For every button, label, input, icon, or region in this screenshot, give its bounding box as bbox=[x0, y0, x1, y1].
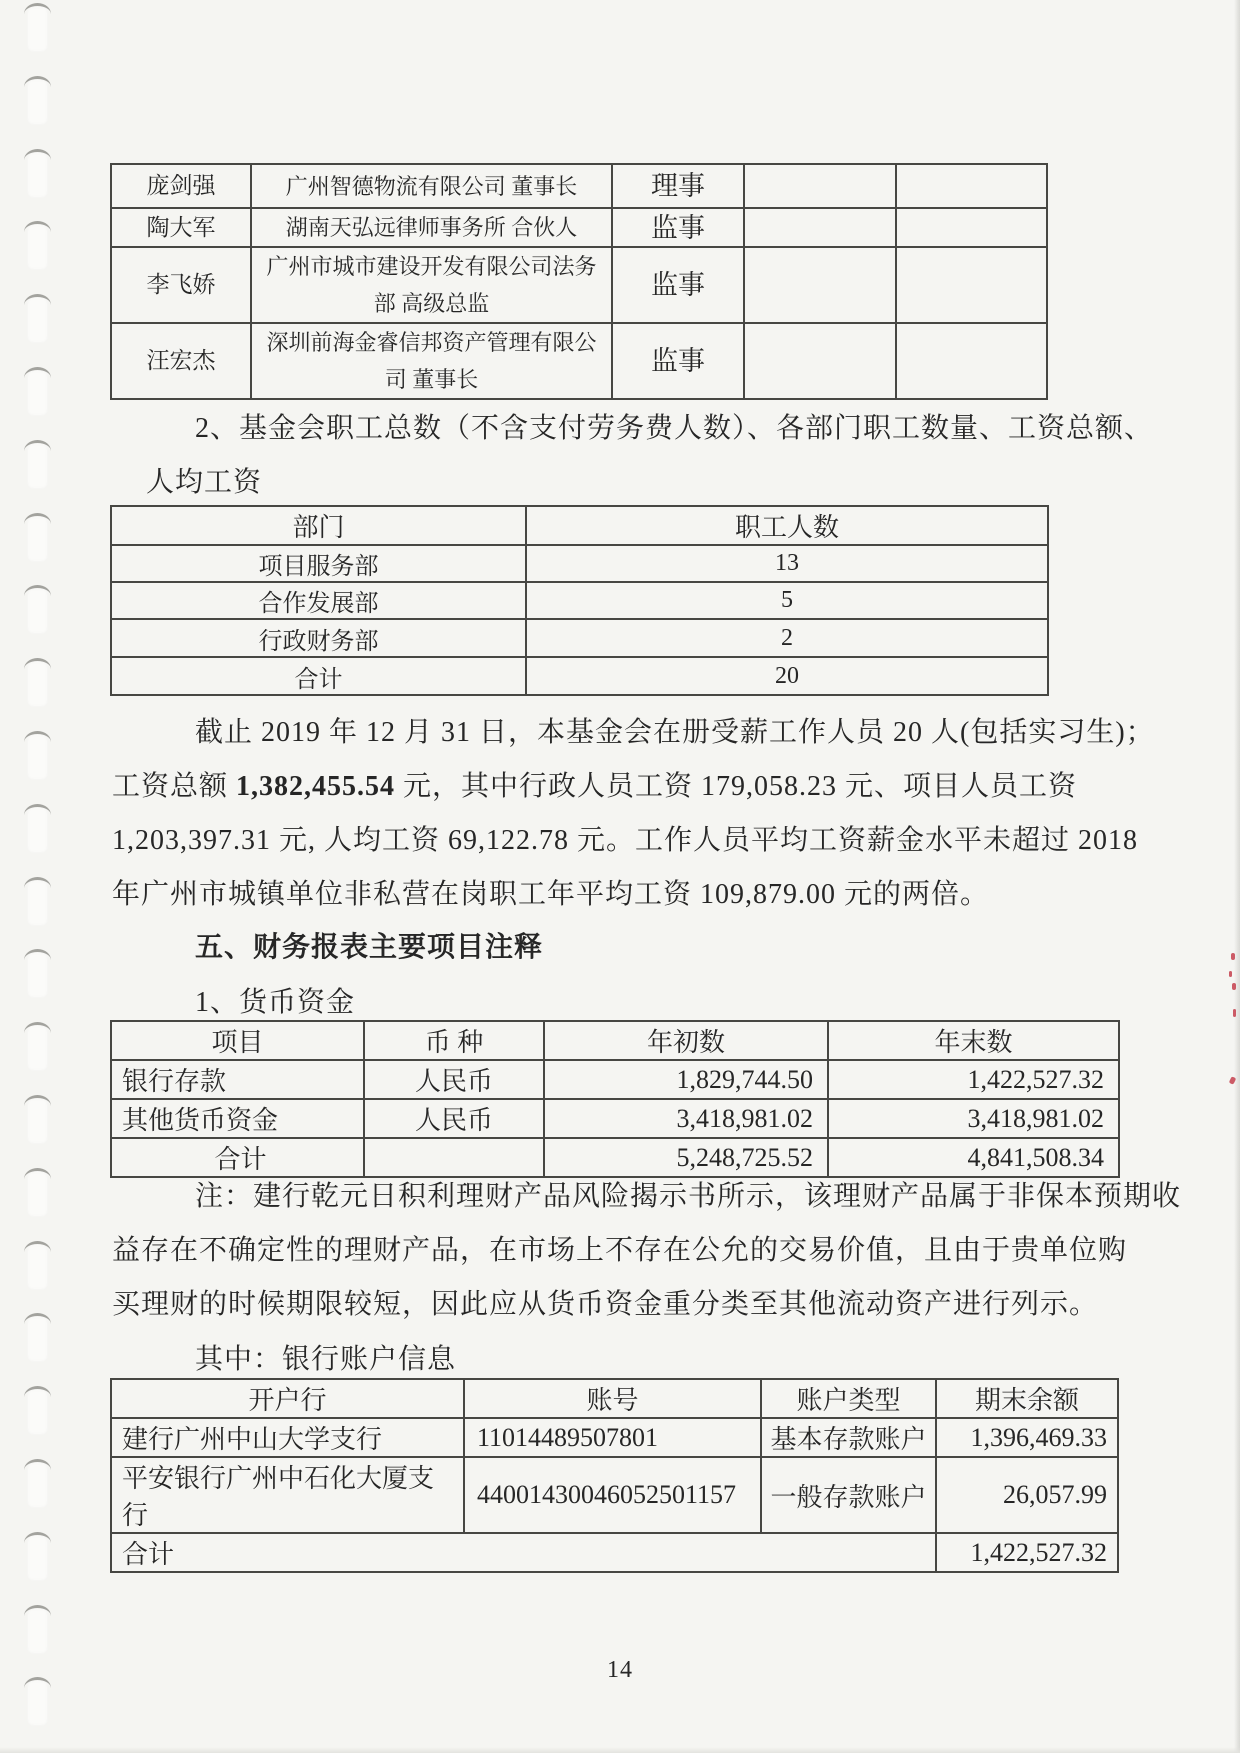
binding-hole bbox=[27, 588, 48, 634]
monetary-funds-table: 项目 币 种 年初数 年末数 银行存款 人民币 1,829,744.50 1,4… bbox=[110, 1020, 1120, 1178]
table-row: 合计 5,248,725.52 4,841,508.34 bbox=[111, 1138, 1119, 1177]
note-line2: 益存在不确定性的理财产品，在市场上不存在公允的交易价值，且由于贵单位购 bbox=[112, 1234, 1127, 1268]
department-name: 项目服务部 bbox=[111, 545, 526, 582]
binding-hole bbox=[27, 6, 48, 52]
staff-count: 5 bbox=[526, 582, 1048, 619]
table-row: 庞剑强 广州智德物流有限公司 董事长 理事 bbox=[111, 164, 1047, 208]
note-line3: 买理财的时候期限较短，因此应从货币资金重分类至其他流动资产进行列示。 bbox=[112, 1288, 1098, 1322]
staff-count: 13 bbox=[526, 545, 1048, 582]
header-currency: 币 种 bbox=[364, 1021, 544, 1060]
salary-line2-post: 元，其中行政人员工资 179,058.23 元、项目人员工资 bbox=[395, 771, 1077, 802]
empty-cell bbox=[744, 323, 896, 399]
member-name: 庞剑强 bbox=[111, 164, 251, 208]
binding-hole bbox=[27, 1244, 48, 1290]
member-org: 湖南天弘远律师事务所 合伙人 bbox=[251, 208, 612, 247]
table-row: 建行广州中山大学支行 11014489507801 基本存款账户 1,396,4… bbox=[111, 1418, 1118, 1457]
binding-hole bbox=[27, 1535, 48, 1581]
member-name: 李飞娇 bbox=[111, 247, 251, 323]
header-account-number: 账号 bbox=[464, 1379, 761, 1418]
binding-hole bbox=[27, 1608, 48, 1654]
binding-hole bbox=[27, 370, 48, 416]
header-item: 项目 bbox=[111, 1021, 364, 1060]
note-line1: 注：建行乾元日积利理财产品风险揭示书所示，该理财产品属于非保本预期收 bbox=[195, 1180, 1181, 1214]
scanned-document-page: { "page": { "number": "14" }, "board_tab… bbox=[0, 0, 1240, 1753]
header-account-type: 账户类型 bbox=[761, 1379, 936, 1418]
currency bbox=[364, 1138, 544, 1177]
member-role: 监事 bbox=[612, 247, 744, 323]
table-row: 行政财务部 2 bbox=[111, 619, 1048, 657]
salary-total-amount: 1,382,455.54 bbox=[236, 771, 395, 802]
table-total-row: 合计 1,422,527.32 bbox=[111, 1533, 1118, 1572]
binding-hole bbox=[27, 1098, 48, 1144]
account-type: 一般存款账户 bbox=[761, 1457, 936, 1533]
header-department: 部门 bbox=[111, 506, 526, 545]
empty-cell bbox=[744, 164, 896, 208]
section5-heading: 五、财务报表主要项目注释 bbox=[195, 931, 543, 965]
table-row: 平安银行广州中石化大厦支行 44001430046052501157 一般存款账… bbox=[111, 1457, 1118, 1533]
header-ending-balance: 期末余额 bbox=[936, 1379, 1118, 1418]
member-role: 理事 bbox=[612, 164, 744, 208]
empty-cell bbox=[744, 208, 896, 247]
table-row: 项目服务部 13 bbox=[111, 545, 1048, 582]
account-number: 11014489507801 bbox=[464, 1418, 761, 1457]
binding-hole bbox=[27, 734, 48, 780]
department-name: 合计 bbox=[111, 657, 526, 695]
binding-holes bbox=[0, 0, 70, 1753]
scan-edge-shadow-bottom bbox=[0, 1747, 1240, 1753]
member-org: 广州市城市建设开发有限公司法务部 高级总监 bbox=[251, 247, 612, 323]
closing-balance: 4,841,508.34 bbox=[828, 1138, 1119, 1177]
empty-cell bbox=[896, 164, 1047, 208]
header-opening-balance: 年初数 bbox=[544, 1021, 828, 1060]
total-label: 合计 bbox=[111, 1533, 936, 1572]
department-name: 合作发展部 bbox=[111, 582, 526, 619]
binding-hole bbox=[27, 1171, 48, 1217]
ending-balance: 1,396,469.33 bbox=[936, 1418, 1118, 1457]
binding-hole bbox=[27, 880, 48, 926]
table-row: 汪宏杰 深圳前海金睿信邦资产管理有限公司 董事长 监事 bbox=[111, 323, 1047, 399]
header-closing-balance: 年末数 bbox=[828, 1021, 1119, 1060]
member-role: 监事 bbox=[612, 323, 744, 399]
opening-balance: 5,248,725.52 bbox=[544, 1138, 828, 1177]
item-name: 其他货币资金 bbox=[111, 1099, 364, 1138]
item-name: 银行存款 bbox=[111, 1060, 364, 1099]
table-row: 李飞娇 广州市城市建设开发有限公司法务部 高级总监 监事 bbox=[111, 247, 1047, 323]
binding-hole bbox=[27, 79, 48, 125]
binding-hole bbox=[27, 1680, 48, 1726]
salary-line2-pre: 工资总额 bbox=[112, 771, 236, 802]
bank-name: 建行广州中山大学支行 bbox=[111, 1418, 464, 1457]
binding-hole bbox=[27, 1316, 48, 1362]
department-name: 行政财务部 bbox=[111, 619, 526, 657]
salary-paragraph-line2: 工资总额 1,382,455.54 元，其中行政人员工资 179,058.23 … bbox=[112, 770, 1077, 804]
bank-accounts-label: 其中：银行账户信息 bbox=[195, 1343, 456, 1377]
salary-paragraph-line4: 年广州市城镇单位非私营在岗职工年平均工资 109,879.00 元的两倍。 bbox=[112, 878, 989, 912]
section2-line1: 2、基金会职工总数（不含支付劳务费人数）、各部门职工数量、工资总额、 bbox=[195, 412, 1153, 446]
empty-cell bbox=[744, 247, 896, 323]
binding-hole bbox=[27, 807, 48, 853]
red-ink-mark bbox=[1232, 983, 1236, 990]
header-bank: 开户行 bbox=[111, 1379, 464, 1418]
binding-hole bbox=[27, 1025, 48, 1071]
bank-name: 平安银行广州中石化大厦支行 bbox=[111, 1457, 464, 1533]
account-number: 44001430046052501157 bbox=[464, 1457, 761, 1533]
binding-hole bbox=[27, 952, 48, 998]
table-header-row: 开户行 账号 账户类型 期末余额 bbox=[111, 1379, 1118, 1418]
staff-count: 2 bbox=[526, 619, 1048, 657]
binding-hole bbox=[27, 661, 48, 707]
table-header-row: 项目 币 种 年初数 年末数 bbox=[111, 1021, 1119, 1060]
opening-balance: 3,418,981.02 bbox=[544, 1099, 828, 1138]
table-row: 银行存款 人民币 1,829,744.50 1,422,527.32 bbox=[111, 1060, 1119, 1099]
page-number: 14 bbox=[0, 1657, 1240, 1684]
red-ink-mark bbox=[1231, 953, 1235, 960]
table-row: 合作发展部 5 bbox=[111, 582, 1048, 619]
scan-edge-shadow-right bbox=[1234, 0, 1240, 1753]
total-ending-balance: 1,422,527.32 bbox=[936, 1533, 1118, 1572]
binding-hole bbox=[27, 516, 48, 562]
binding-hole bbox=[27, 1389, 48, 1435]
total-label: 合计 bbox=[111, 1138, 364, 1177]
member-name: 汪宏杰 bbox=[111, 323, 251, 399]
table-row: 合计 20 bbox=[111, 657, 1048, 695]
empty-cell bbox=[896, 247, 1047, 323]
board-members-table: 庞剑强 广州智德物流有限公司 董事长 理事 陶大军 湖南天弘远律师事务所 合伙人… bbox=[110, 163, 1048, 400]
section5-sub1: 1、货币资金 bbox=[195, 986, 355, 1020]
empty-cell bbox=[896, 323, 1047, 399]
binding-hole bbox=[27, 1462, 48, 1508]
member-org: 深圳前海金睿信邦资产管理有限公司 董事长 bbox=[251, 323, 612, 399]
member-role: 监事 bbox=[612, 208, 744, 247]
binding-hole bbox=[27, 297, 48, 343]
closing-balance: 3,418,981.02 bbox=[828, 1099, 1119, 1138]
section2-line2: 人均工资 bbox=[146, 466, 262, 500]
header-staff-count: 职工人数 bbox=[526, 506, 1048, 545]
currency: 人民币 bbox=[364, 1099, 544, 1138]
currency: 人民币 bbox=[364, 1060, 544, 1099]
staff-count: 20 bbox=[526, 657, 1048, 695]
opening-balance: 1,829,744.50 bbox=[544, 1060, 828, 1099]
member-name: 陶大军 bbox=[111, 208, 251, 247]
staff-count-table: 部门 职工人数 项目服务部 13 合作发展部 5 行政财务部 2 合计 20 bbox=[110, 505, 1049, 696]
empty-cell bbox=[896, 208, 1047, 247]
red-ink-mark bbox=[1229, 971, 1232, 977]
closing-balance: 1,422,527.32 bbox=[828, 1060, 1119, 1099]
binding-hole bbox=[27, 224, 48, 270]
table-header-row: 部门 职工人数 bbox=[111, 506, 1048, 545]
account-type: 基本存款账户 bbox=[761, 1418, 936, 1457]
bank-accounts-table: 开户行 账号 账户类型 期末余额 建行广州中山大学支行 110144895078… bbox=[110, 1378, 1119, 1573]
ending-balance: 26,057.99 bbox=[936, 1457, 1118, 1533]
red-ink-mark bbox=[1233, 1009, 1236, 1017]
table-row: 其他货币资金 人民币 3,418,981.02 3,418,981.02 bbox=[111, 1099, 1119, 1138]
binding-hole bbox=[27, 152, 48, 198]
member-org: 广州智德物流有限公司 董事长 bbox=[251, 164, 612, 208]
table-row: 陶大军 湖南天弘远律师事务所 合伙人 监事 bbox=[111, 208, 1047, 247]
salary-paragraph-line3: 1,203,397.31 元, 人均工资 69,122.78 元。工作人员平均工… bbox=[112, 824, 1138, 858]
salary-paragraph-line1: 截止 2019 年 12 月 31 日，本基金会在册受薪工作人员 20 人(包括… bbox=[195, 716, 1155, 750]
binding-hole bbox=[27, 443, 48, 489]
